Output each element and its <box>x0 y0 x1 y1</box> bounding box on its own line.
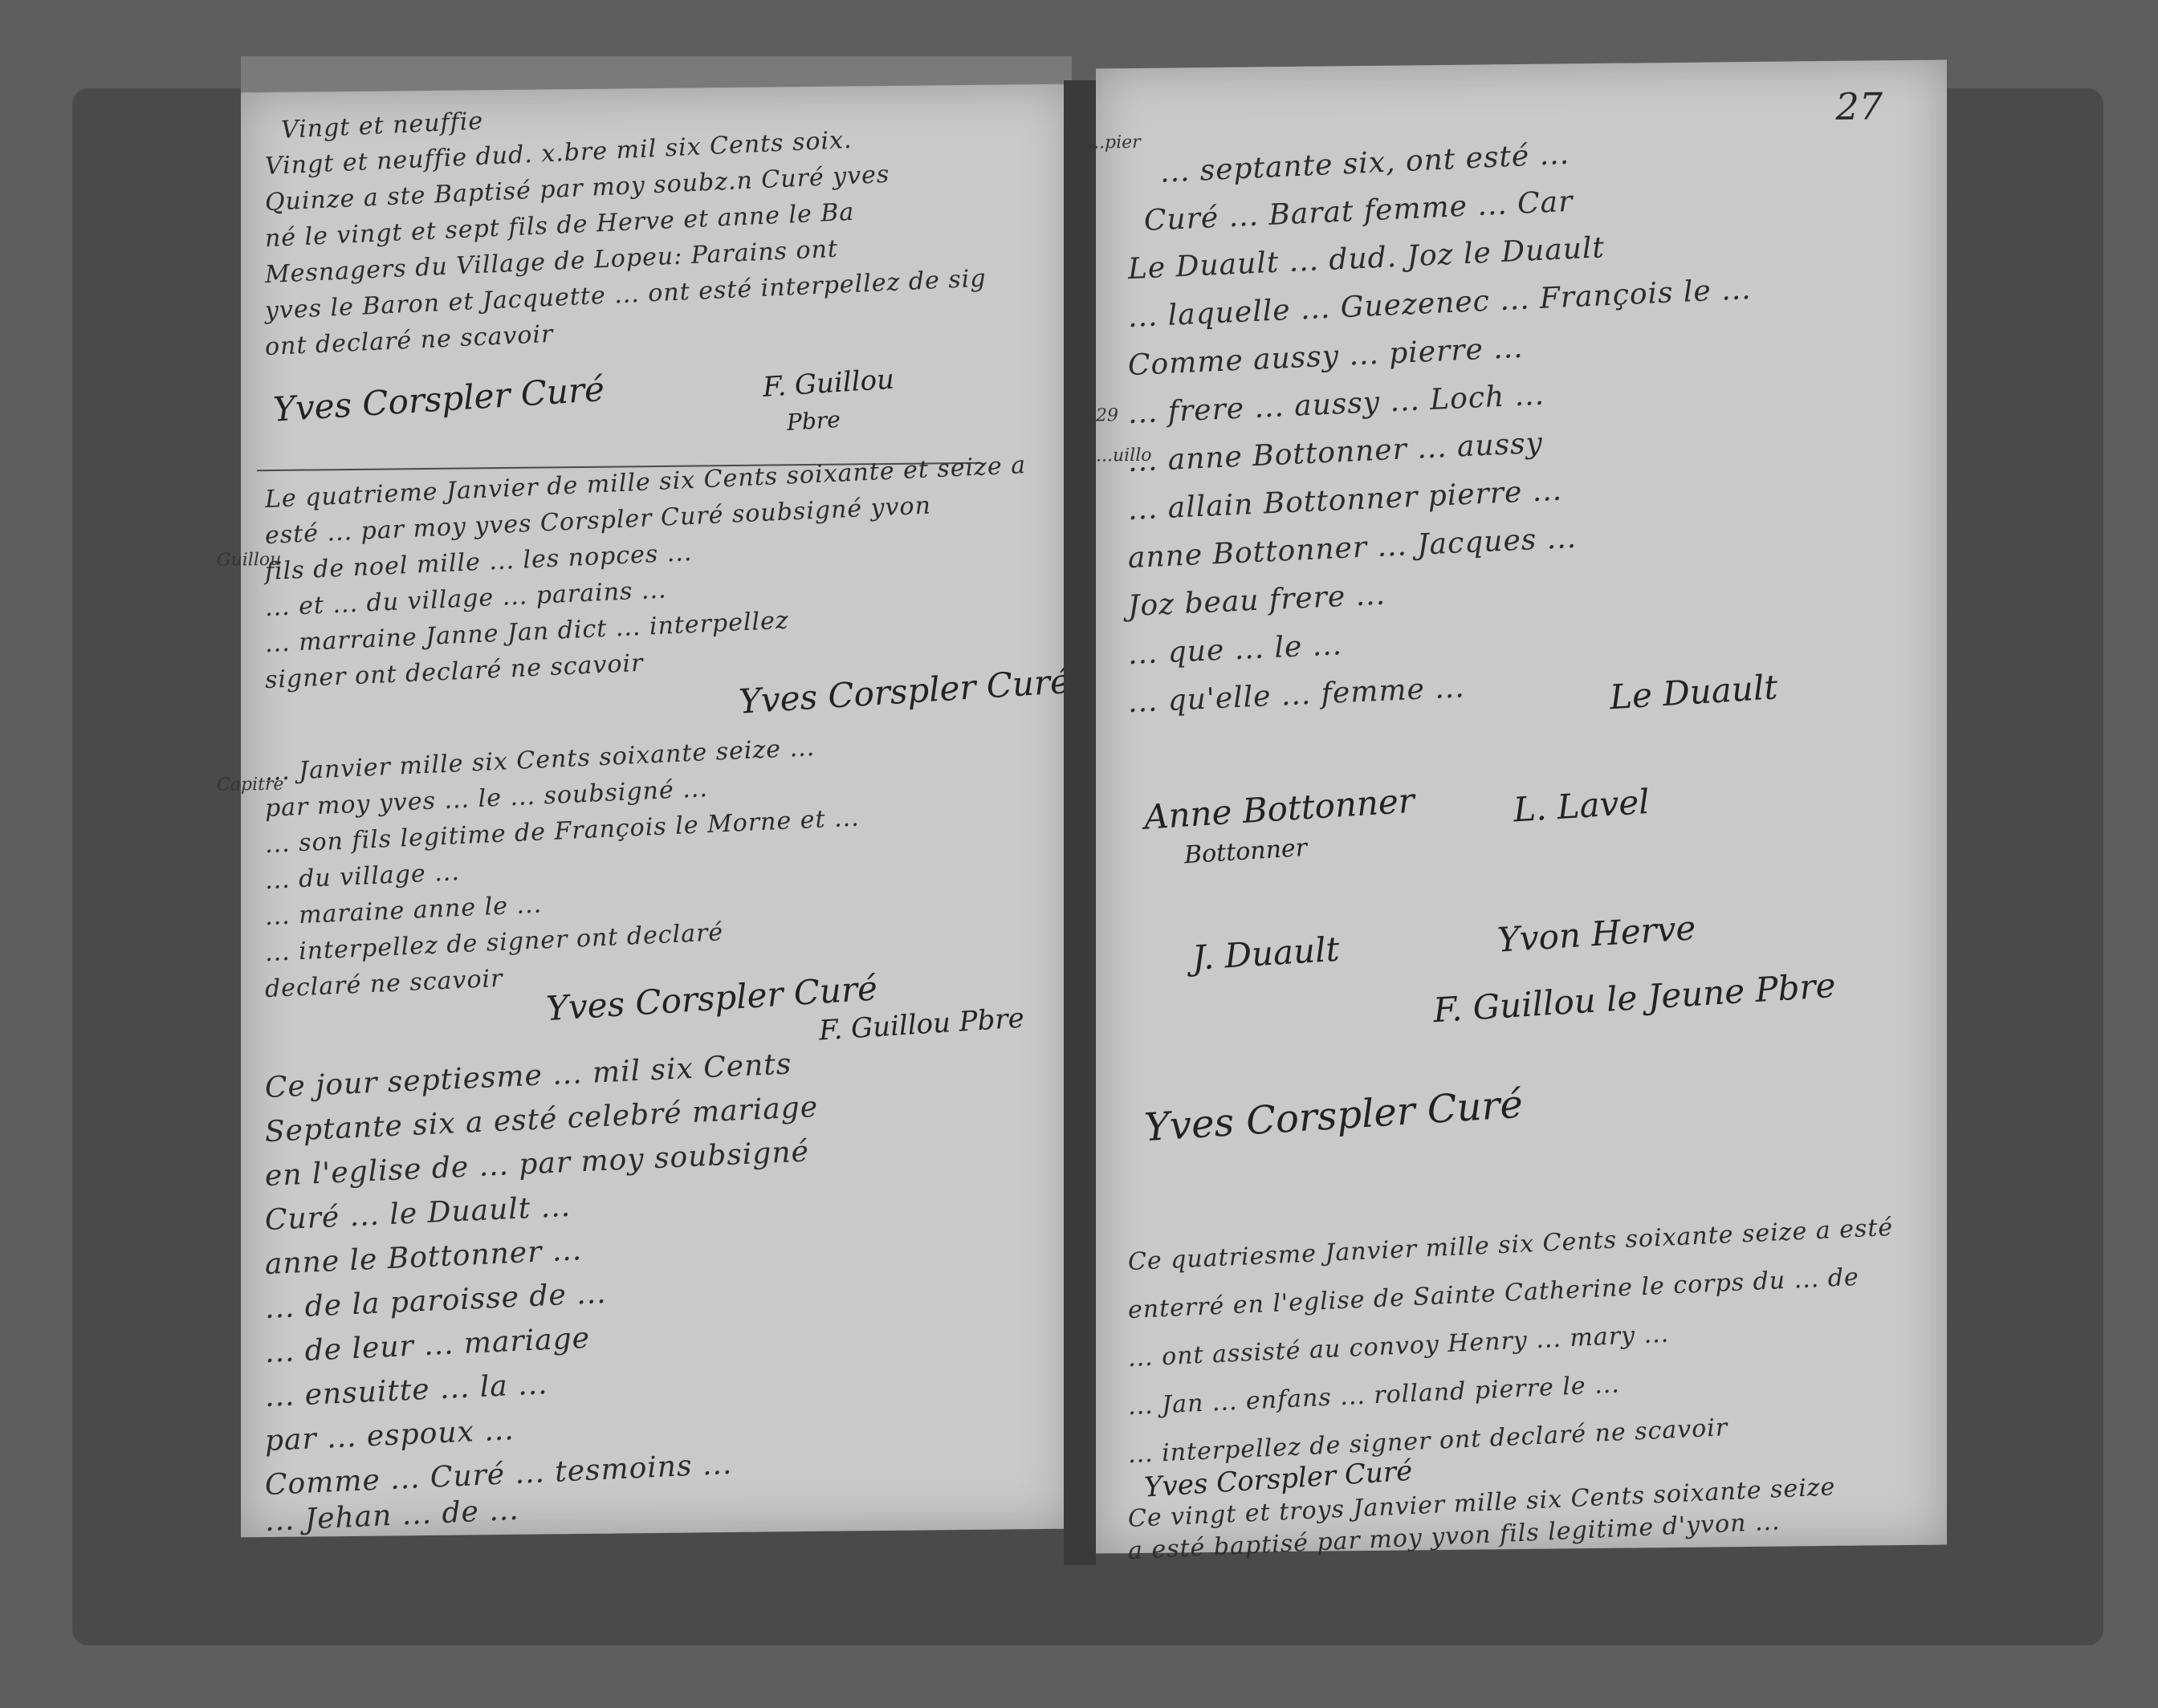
text-line: ... Jehan ... de ... <box>264 1494 519 1538</box>
text-line: ... que ... le ... <box>1127 628 1342 671</box>
page-number: 27 <box>1835 84 1883 128</box>
text-line: anne le Bottonner ... <box>264 1234 582 1281</box>
signature: Pbre <box>786 406 841 436</box>
left-page: Vingt et neuffie Vingt et neuffie dud. x… <box>241 84 1072 1538</box>
text-line: Curé ... Barat femme ... Car <box>1143 185 1574 238</box>
signature: Yves Corspler Curé <box>1143 1082 1524 1151</box>
text-line: ... septante six, ont esté ... <box>1159 138 1570 189</box>
text-line: enterré en l'eglise de Sainte Catherine … <box>1127 1263 1859 1324</box>
text-line: ... Janvier mille six Cents soixante sei… <box>264 734 815 787</box>
text-line: ... du village ... <box>264 858 460 895</box>
signature: L. Lavel <box>1513 782 1651 830</box>
signature: Yves Corspler Curé <box>738 661 1071 722</box>
margin-note: ...pier <box>1088 132 1141 153</box>
text-line: ... qu'elle ... femme ... <box>1127 671 1465 719</box>
signature: Yvon Herve <box>1496 908 1697 959</box>
signature: F. Guillou <box>762 364 895 404</box>
signature: F. Guillou le Jeune Pbre <box>1432 966 1836 1030</box>
book-spine <box>1064 80 1096 1565</box>
signature: Yves Corspler Curé <box>272 369 605 429</box>
signature: Le Duault <box>1609 667 1779 717</box>
text-line: ... de leur ... mariage <box>264 1322 590 1369</box>
text-line: ... Jan ... enfans ... rolland pierre le… <box>1127 1370 1620 1421</box>
text-line: anne Bottonner ... Jacques ... <box>1127 522 1577 575</box>
signature: J. Duault <box>1191 929 1341 978</box>
text-line: ... ont assisté au convoy Henry ... mary… <box>1127 1320 1669 1373</box>
signature: Bottonner <box>1183 834 1308 870</box>
text-line: ... anne Bottonner ... aussy <box>1127 427 1543 478</box>
text-line: ... frere ... aussy ... Loch ... <box>1127 379 1545 431</box>
header-line: Vingt et neuffie <box>280 107 483 144</box>
text-line: Joz beau frere ... <box>1127 579 1386 624</box>
text-line: ... interpellez de signer ont declaré ne… <box>1127 1413 1728 1469</box>
text-line: declaré ne scavoir <box>264 965 503 1003</box>
text-line: Le Duault ... dud. Joz le Duault <box>1127 231 1605 286</box>
text-line: Comme aussy ... pierre ... <box>1127 331 1524 382</box>
margin-note: 29 <box>1096 405 1118 425</box>
signature: Anne Bottonner <box>1143 781 1415 837</box>
text-line: ... ensuitte ... la ... <box>264 1368 548 1413</box>
text-line: par ... espoux ... <box>264 1413 515 1458</box>
text-line: ... de la paroisse de ... <box>264 1277 607 1325</box>
text-line: ... laquelle ... Guezenec ... François l… <box>1127 273 1752 334</box>
text-line: signer ont declaré ne scavoir <box>264 649 644 694</box>
text-line: ... maraine anne le ... <box>264 890 542 931</box>
text-line: ... allain Bottonner pierre ... <box>1127 474 1562 527</box>
text-line: ont declaré ne scavoir <box>264 320 554 361</box>
right-page: 27 ...pier 29 ...uillo ... septante six,… <box>1096 59 1947 1553</box>
text-line: Curé ... le Duault ... <box>264 1190 571 1237</box>
